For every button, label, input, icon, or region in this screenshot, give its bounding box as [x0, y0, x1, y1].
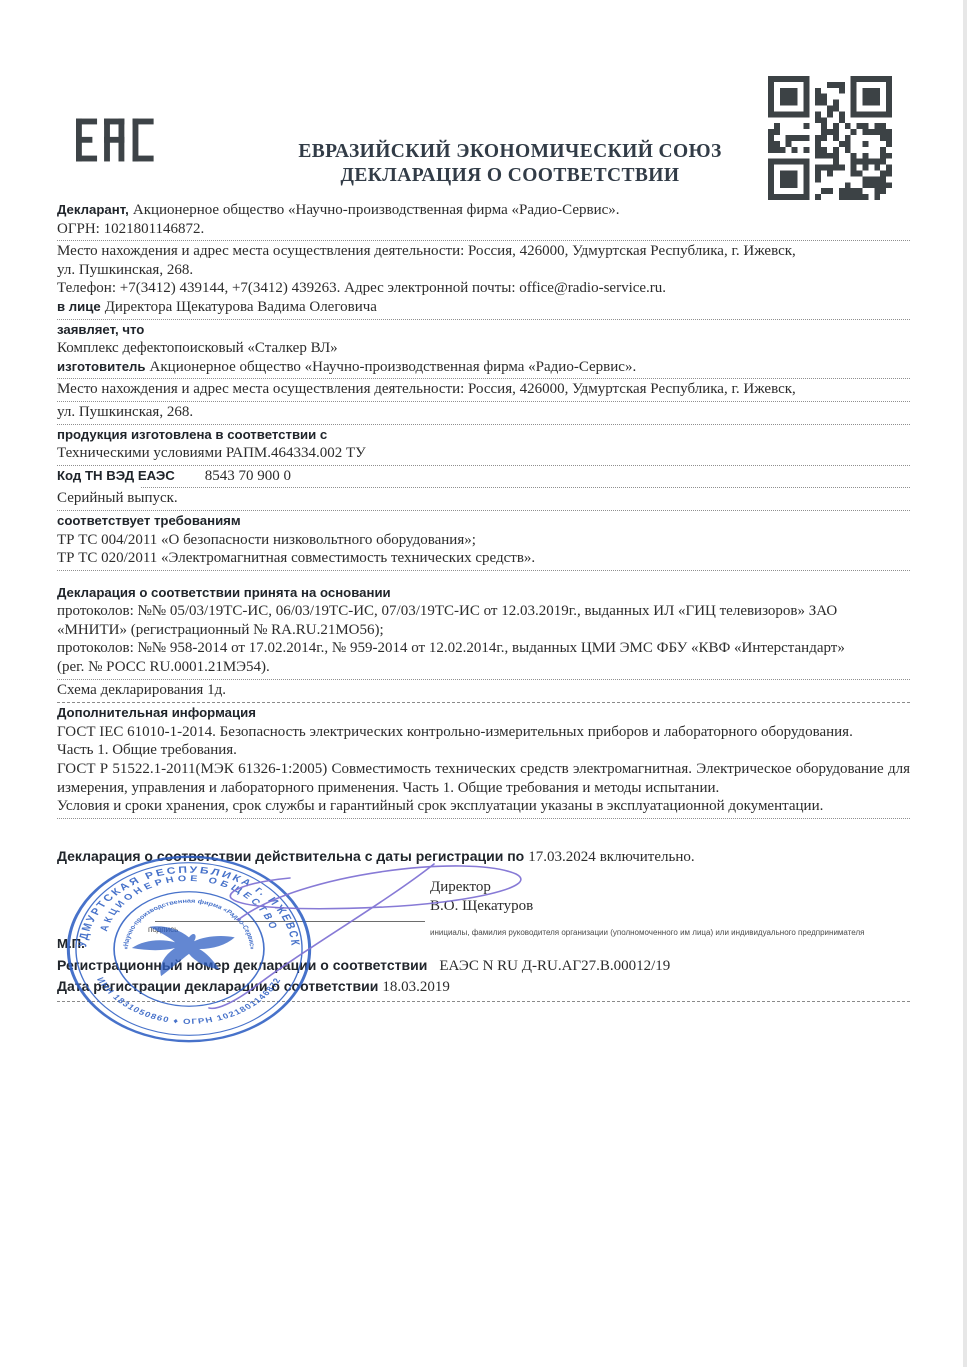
declarant-line: Декларант, Акционерное общество «Научно-… [57, 201, 910, 220]
compliance-reg2: ТР ТС 020/2011 «Электромагнитная совмест… [57, 549, 910, 568]
divider [57, 510, 910, 511]
registration-date: 18.03.2019 [382, 979, 450, 995]
declarant-address2: ул. Пушкинская, 268. [57, 261, 910, 280]
signature-line [155, 921, 425, 922]
declares-label: заявляет, что [57, 321, 910, 340]
additional-line4: Условия и сроки хранения, срок службы и … [57, 797, 910, 816]
stamp-and-signature-overlay: УДМУРТСКАЯ РЕСПУБЛИКА г. ИЖЕВСК АКЦИОНЕР… [0, 840, 967, 1070]
svg-text:«Научно-производственная фирма: «Научно-производственная фирма «Радио-Се… [122, 898, 255, 949]
svg-text:УДМУРТСКАЯ РЕСПУБЛИКА г. ИЖЕВС: УДМУРТСКАЯ РЕСПУБЛИКА г. ИЖЕВСК [76, 865, 302, 948]
basis-line1: протоколов: №№ 05/03/19ТС-ИС, 06/03/19ТС… [57, 602, 910, 621]
divider [57, 818, 910, 819]
declarant-person-line: в лице Директора Щекатурова Вадима Олего… [57, 298, 910, 317]
declaration-document: { "header": { "eac_logo": "EAC", "title_… [0, 0, 967, 1367]
product-specs: Техническими условиями РАПМ.464334.002 Т… [57, 444, 910, 463]
registration-date-line: Дата регистрации декларации о соответств… [57, 977, 450, 997]
title-line2: ДЕКЛАРАЦИЯ О СООТВЕТСТВИИ [205, 164, 815, 188]
manufacturer-label: изготовитель [57, 359, 146, 374]
divider [57, 401, 910, 402]
additional-line1: ГОСТ IEC 61010-1-2014. Безопасность элек… [57, 723, 910, 742]
manufacturer-address2: ул. Пушкинская, 268. [57, 403, 910, 422]
tnved-line: Код ТН ВЭД ЕАЭС 8543 70 900 0 [57, 467, 910, 486]
made-label: продукция изготовлена в соответствии с [57, 426, 910, 445]
director-name: В.О. Щекатуров [430, 897, 533, 916]
declarant-ogrn: ОГРН: 1021801146872. [57, 220, 910, 239]
validity-suffix: включительно. [600, 849, 695, 865]
validity-line: Декларация о соответствии действительна … [57, 847, 910, 867]
divider [57, 465, 910, 466]
page-title: ЕВРАЗИЙСКИЙ ЭКОНОМИЧЕСКИЙ СОЮЗ ДЕКЛАРАЦИ… [205, 140, 815, 188]
additional-para: ГОСТ Р 51522.1-2011(МЭК 61326-1:2005) Со… [57, 760, 910, 797]
product-name: Комплекс дефектопоисковый «Сталкер ВЛ» [57, 339, 910, 358]
person-label: в лице [57, 299, 101, 314]
person-name: Директора Щекатурова Вадима Олеговича [105, 299, 377, 315]
additional-line2: Часть 1. Общие требования. [57, 741, 910, 760]
initials-caption: инициалы, фамилия руководителя организац… [430, 928, 875, 937]
declarant-phone: Телефон: +7(3412) 439144, +7(3412) 43926… [57, 279, 910, 298]
additional-label: Дополнительная информация [57, 704, 910, 723]
registration-number-line: Регистрационный номер декларации о соотв… [57, 956, 670, 976]
basis-line2: «МНИТИ» (регистрационный № RA.RU.21МО56)… [57, 621, 910, 640]
divider [57, 319, 910, 320]
basis-label: Декларация о соответствии принята на осн… [57, 584, 910, 603]
declarant-label: Декларант, [57, 202, 129, 217]
registration-number: ЕАЭС N RU Д-RU.АГ27.В.00012/19 [439, 958, 670, 974]
divider-dashed [57, 702, 910, 703]
eac-logo [76, 104, 154, 176]
divider [57, 424, 910, 425]
spacer [57, 572, 910, 584]
spacer [57, 820, 910, 847]
divider-partial [141, 487, 910, 488]
validity-date: 17.03.2024 [528, 849, 596, 865]
divider [57, 570, 910, 571]
compliance-label: соответствует требованиям [57, 512, 910, 531]
divider-dashed [57, 1001, 910, 1002]
validity-label: Декларация о соответствии действительна … [57, 848, 524, 864]
mp-label: М.П. [57, 936, 85, 951]
tnved-code: 8543 70 900 0 [205, 468, 291, 484]
basis-line3: протоколов: №№ 958-2014 от 17.02.2014г.,… [57, 639, 910, 658]
director-title: Директор [430, 878, 533, 897]
scan-edge-shadow [963, 0, 967, 1367]
registration-date-label: Дата регистрации декларации о соответств… [57, 978, 378, 994]
tnved-label: Код ТН ВЭД ЕАЭС [57, 468, 175, 483]
stamp-seal: УДМУРТСКАЯ РЕСПУБЛИКА г. ИЖЕВСК АКЦИОНЕР… [68, 857, 309, 1041]
manufacturer-line: изготовитель Акционерное общество «Научн… [57, 358, 910, 377]
svg-text:АКЦИОНЕРНОЕ ОБЩЕСТВО: АКЦИОНЕРНОЕ ОБЩЕСТВО [98, 874, 280, 932]
declarant-address1: Место нахождения и адрес места осуществл… [57, 242, 910, 261]
title-line1: ЕВРАЗИЙСКИЙ ЭКОНОМИЧЕСКИЙ СОЮЗ [205, 140, 815, 164]
registration-number-label: Регистрационный номер декларации о соотв… [57, 957, 427, 973]
document-body: Декларант, Акционерное общество «Научно-… [57, 201, 910, 866]
basis-line4: (рег. № РОСС RU.0001.21МЭ54). [57, 658, 910, 677]
compliance-reg1: ТР ТС 004/2011 «О безопасности низковоль… [57, 531, 910, 550]
divider [57, 240, 910, 241]
divider [57, 378, 910, 379]
director-block: Директор В.О. Щекатуров [430, 878, 533, 915]
serial-release: Серийный выпуск. [57, 489, 910, 508]
manufacturer-address1: Место нахождения и адрес места осуществл… [57, 380, 910, 399]
signature-caption: подпись [148, 925, 178, 934]
divider [57, 679, 910, 680]
basis-scheme: Схема декларирования 1д. [57, 681, 910, 700]
declarant-name: Акционерное общество «Научно-производств… [133, 202, 620, 218]
manufacturer-name: Акционерное общество «Научно-производств… [150, 359, 637, 375]
